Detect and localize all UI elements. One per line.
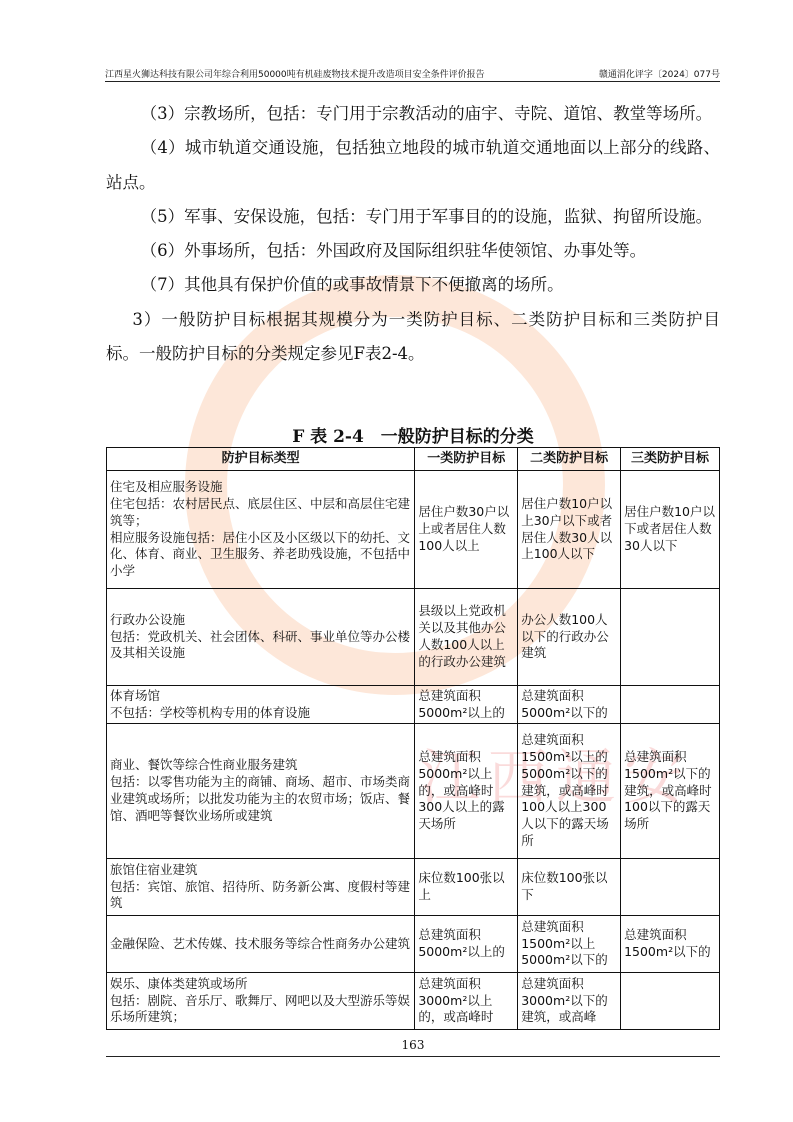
class1-cell: 居住户数30户以上或者居住人数100人以上 (415, 471, 518, 589)
target-type-cell: 体育场馆 不包括：学校等机构专用的体育设施 (107, 686, 415, 724)
class1-cell: 总建筑面积3000m²以上的，或高峰时 (415, 973, 518, 1030)
table-row: 体育场馆 不包括：学校等机构专用的体育设施 总建筑面积5000m²以上的 总建筑… (107, 686, 720, 724)
type-detail: 住宅包括：农村居民点、底层住区、中层和高层住宅建筑等； (110, 496, 411, 530)
type-title: 商业、餐饮等综合性商业服务建筑 (110, 757, 411, 774)
page-header: 江西星火狮达科技有限公司年综合利用50000吨有机硅废物技术提升改造项目安全条件… (105, 66, 720, 82)
class3-cell (621, 589, 720, 686)
target-type-cell: 商业、餐饮等综合性商业服务建筑 包括：以零售功能为主的商铺、商场、超市、市场类商… (107, 724, 415, 859)
type-detail: 相应服务设施包括：居住小区及小区级以下的幼托、文化、体育、商业、卫生服务、养老助… (110, 530, 411, 580)
type-detail: 包括：以零售功能为主的商铺、商场、超市、市场类商业建筑或场所；以批发功能为主的农… (110, 774, 411, 824)
table-row: 金融保险、艺术传媒、技术服务等综合性商务办公建筑 总建筑面积5000m²以上的 … (107, 916, 720, 973)
paragraph: （7）其他具有保护价值的或事故情景下不便撤离的场所。 (106, 268, 720, 302)
table-row: 旅馆住宿业建筑 包括：宾馆、旅馆、招待所、防务新公寓、度假村等建筑 床位数100… (107, 859, 720, 916)
type-title: 金融保险、艺术传媒、技术服务等综合性商务办公建筑 (110, 936, 411, 953)
paragraph: （5）军事、安保设施，包括：专门用于军事目的的设施，监狱、拘留所设施。 (106, 200, 720, 234)
footer-divider (106, 1056, 720, 1057)
class2-cell: 总建筑面积1500m²以上的5000m²以下的建筑，或高峰时100人以上300人… (518, 724, 621, 859)
column-header: 防护目标类型 (107, 448, 415, 471)
type-detail: 不包括：学校等机构专用的体育设施 (110, 705, 411, 722)
type-detail: 包括：剧院、音乐厅、歌舞厅、网吧以及大型游乐等娱乐场所建筑； (110, 993, 411, 1027)
class2-cell: 居住户数10户以上30户以下或者居住人数30人以上100人以下 (518, 471, 621, 589)
table-row: 商业、餐饮等综合性商业服务建筑 包括：以零售功能为主的商铺、商场、超市、市场类商… (107, 724, 720, 859)
table-caption: F 表 2-4 一般防护目标的分类 (106, 422, 720, 447)
target-type-cell: 住宅及相应服务设施 住宅包括：农村居民点、底层住区、中层和高层住宅建筑等； 相应… (107, 471, 415, 589)
class1-cell: 床位数100张以上 (415, 859, 518, 916)
type-title: 体育场馆 (110, 688, 411, 705)
paragraph: （6）外事场所，包括：外国政府及国际组织驻华使领馆、办事处等。 (106, 234, 720, 268)
paragraph: 3）一般防护目标根据其规模分为一类防护目标、二类防护目标和三类防护目标。一般防护… (106, 303, 720, 372)
column-header: 三类防护目标 (621, 448, 720, 471)
class3-cell: 总建筑面积1500m²以下的建筑，或高峰时100以下的露天场所 (621, 724, 720, 859)
type-title: 行政办公设施 (110, 612, 411, 629)
type-detail: 包括：党政机关、社会团体、科研、事业单位等办公楼及其相关设施 (110, 629, 411, 663)
type-title: 旅馆住宿业建筑 (110, 862, 411, 879)
table-row: 娱乐、康体类建筑或场所 包括：剧院、音乐厅、歌舞厅、网吧以及大型游乐等娱乐场所建… (107, 973, 720, 1030)
body-text: （3）宗教场所，包括：专门用于宗教活动的庙宇、寺院、道馆、教堂等场所。 （4）城… (106, 97, 720, 371)
class1-cell: 总建筑面积5000m²以上的 (415, 916, 518, 973)
class1-cell: 总建筑面积5000m²以上的，或高峰时300人以上的露天场所 (415, 724, 518, 859)
class3-cell (621, 973, 720, 1030)
class2-cell: 总建筑面积3000m²以下的建筑，或高峰 (518, 973, 621, 1030)
paragraph: （4）城市轨道交通设施，包括独立地段的城市轨道交通地面以上部分的线路、站点。 (106, 131, 720, 200)
class3-cell: 居住户数10户以下或者居住人数30人以下 (621, 471, 720, 589)
class2-cell: 总建筑面积1500m²以上5000m²以下的 (518, 916, 621, 973)
target-type-cell: 金融保险、艺术传媒、技术服务等综合性商务办公建筑 (107, 916, 415, 973)
class1-cell: 县级以上党政机关以及其他办公人数100人以上的行政办公建筑 (415, 589, 518, 686)
class3-cell: 总建筑面积1500m²以下的 (621, 916, 720, 973)
class1-cell: 总建筑面积5000m²以上的 (415, 686, 518, 724)
page-number: 163 (106, 1038, 720, 1052)
column-header: 二类防护目标 (518, 448, 621, 471)
class2-cell: 总建筑面积5000m²以下的 (518, 686, 621, 724)
table-row: 行政办公设施 包括：党政机关、社会团体、科研、事业单位等办公楼及其相关设施 县级… (107, 589, 720, 686)
type-title: 娱乐、康体类建筑或场所 (110, 976, 411, 993)
table-header-row: 防护目标类型 一类防护目标 二类防护目标 三类防护目标 (107, 448, 720, 471)
protection-target-table: 防护目标类型 一类防护目标 二类防护目标 三类防护目标 住宅及相应服务设施 住宅… (106, 447, 720, 1030)
class2-cell: 办公人数100人以下的行政办公建筑 (518, 589, 621, 686)
class3-cell (621, 859, 720, 916)
target-type-cell: 行政办公设施 包括：党政机关、社会团体、科研、事业单位等办公楼及其相关设施 (107, 589, 415, 686)
type-title: 住宅及相应服务设施 (110, 479, 411, 496)
table-row: 住宅及相应服务设施 住宅包括：农村居民点、底层住区、中层和高层住宅建筑等； 相应… (107, 471, 720, 589)
column-header: 一类防护目标 (415, 448, 518, 471)
class2-cell: 床位数100张以下 (518, 859, 621, 916)
type-detail: 包括：宾馆、旅馆、招待所、防务新公寓、度假村等建筑 (110, 879, 411, 913)
report-title: 江西星火狮达科技有限公司年综合利用50000吨有机硅废物技术提升改造项目安全条件… (105, 67, 485, 81)
class3-cell (621, 686, 720, 724)
target-type-cell: 旅馆住宿业建筑 包括：宾馆、旅馆、招待所、防务新公寓、度假村等建筑 (107, 859, 415, 916)
target-type-cell: 娱乐、康体类建筑或场所 包括：剧院、音乐厅、歌舞厅、网吧以及大型游乐等娱乐场所建… (107, 973, 415, 1030)
report-number: 赣通涓化评字〔2024〕077号 (599, 67, 720, 81)
paragraph: （3）宗教场所，包括：专门用于宗教活动的庙宇、寺院、道馆、教堂等场所。 (106, 97, 720, 131)
